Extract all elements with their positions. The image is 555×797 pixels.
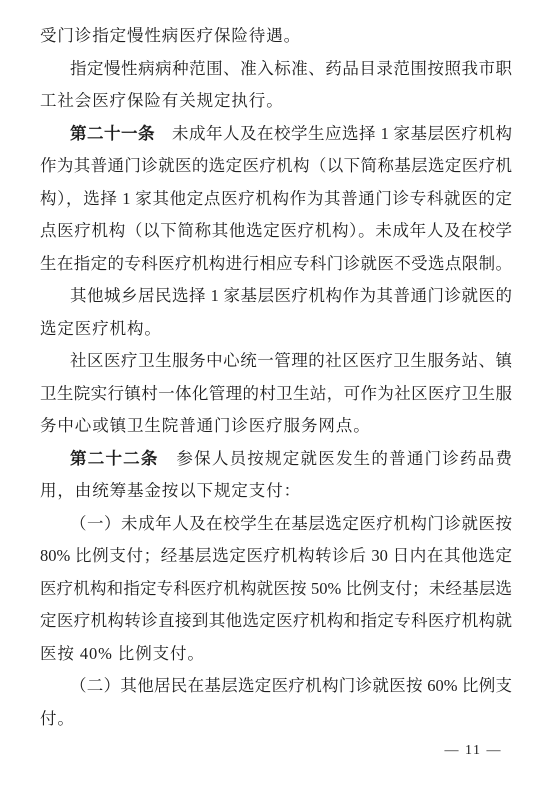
article-number: 第二十一条 [70, 125, 155, 143]
text-line: 其他城乡居民选择 1 家基层医疗机构作为其普通门诊就医的 [40, 280, 512, 313]
paragraph-other-residents: 其他城乡居民选择 1 家基层医疗机构作为其普通门诊就医的 选定医疗机构。 [40, 280, 512, 345]
text-line: 80% 比例支付；经基层选定医疗机构转诊后 30 日内在其他选定 [40, 540, 512, 573]
text-line: 社区医疗卫生服务中心统一管理的社区医疗卫生服务站、镇 [40, 345, 512, 378]
article-lead-text: 未成年人及在校学生应选择 1 家基层医疗机构 [155, 124, 512, 143]
text-line: 付。 [40, 703, 512, 736]
paragraph-continuation: 受门诊指定慢性病医疗保险待遇。 [40, 20, 512, 53]
paragraph-community-health: 社区医疗卫生服务中心统一管理的社区医疗卫生服务站、镇 卫生院实行镇村一体化管理的… [40, 345, 512, 443]
page-footer: — 11 — [40, 737, 512, 765]
text-line: 务中心或镇卫生院普通门诊医疗服务网点。 [40, 410, 512, 443]
document-page: 受门诊指定慢性病医疗保险待遇。 指定慢性病病种范围、准入标准、药品目录范围按照我… [0, 0, 555, 797]
article-lead-text: 参保人员按规定就医发生的普通门诊药品费 [159, 449, 512, 468]
text-line: （二）其他居民在基层选定医疗机构门诊就医按 60% 比例支 [40, 670, 512, 703]
article-number: 第二十二条 [70, 450, 159, 468]
text-line: 构），选择 1 家其他定点医疗机构作为其普通门诊专科就医的定 [40, 183, 512, 216]
paragraph-chronic-disease-scope: 指定慢性病病种范围、准入标准、药品目录范围按照我市职 工社会医疗保险有关规定执行… [40, 53, 512, 118]
text-line: 医按 40% 比例支付。 [40, 638, 512, 671]
text-line: 医疗机构和指定专科医疗机构就医按 50% 比例支付；未经基层选 [40, 573, 512, 606]
page-number: — 11 — [445, 743, 502, 758]
text-line: 定医疗机构转诊直接到其他选定医疗机构和指定专科医疗机构就 [40, 605, 512, 638]
paragraph-article-22: 第二十二条 参保人员按规定就医发生的普通门诊药品费 用，由统筹基金按以下规定支付… [40, 443, 512, 508]
text-line: 选定医疗机构。 [40, 313, 512, 346]
text-line: 用，由统筹基金按以下规定支付： [40, 475, 512, 508]
paragraph-item-1-payment-ratios: （一）未成年人及在校学生在基层选定医疗机构门诊就医按 80% 比例支付；经基层选… [40, 508, 512, 671]
text-line: （一）未成年人及在校学生在基层选定医疗机构门诊就医按 [40, 508, 512, 541]
text-line: 第二十一条 未成年人及在校学生应选择 1 家基层医疗机构 [40, 118, 512, 151]
text-line: 受门诊指定慢性病医疗保险待遇。 [40, 20, 512, 53]
text-line: 工社会医疗保险有关规定执行。 [40, 85, 512, 118]
paragraph-item-2-payment-ratio: （二）其他居民在基层选定医疗机构门诊就医按 60% 比例支 付。 [40, 670, 512, 735]
text-line: 指定慢性病病种范围、准入标准、药品目录范围按照我市职 [40, 53, 512, 86]
text-line: 点医疗机构（以下简称其他选定医疗机构）。未成年人及在校学 [40, 215, 512, 248]
text-line: 作为其普通门诊就医的选定医疗机构（以下简称基层选定医疗机 [40, 150, 512, 183]
text-line: 生在指定的专科医疗机构进行相应专科门诊就医不受选点限制。 [40, 248, 512, 281]
text-line: 第二十二条 参保人员按规定就医发生的普通门诊药品费 [40, 443, 512, 476]
paragraph-article-21: 第二十一条 未成年人及在校学生应选择 1 家基层医疗机构 作为其普通门诊就医的选… [40, 118, 512, 281]
text-line: 卫生院实行镇村一体化管理的村卫生站，可作为社区医疗卫生服 [40, 378, 512, 411]
